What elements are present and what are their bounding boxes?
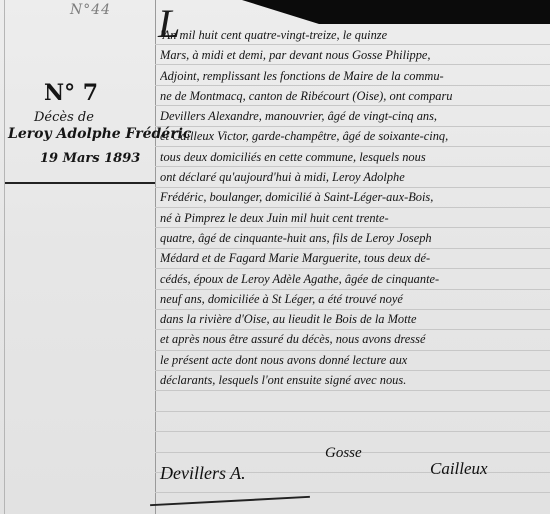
body-line: cédés, époux de Leroy Adèle Agathe, âgée…	[160, 269, 545, 289]
acte-number: N° 7	[44, 80, 98, 106]
margin-underline	[5, 182, 155, 184]
signature-block: Devillers A. Gosse Cailleux	[150, 445, 550, 505]
body-line: tous deux domiciliés en cette commune, l…	[160, 147, 545, 167]
deces-label: Décès de	[34, 110, 94, 125]
body-line: et Cailleux Victor, garde-champêtre, âgé…	[160, 126, 545, 146]
body-line: Adjoint, remplissant les fonctions de Ma…	[160, 66, 545, 86]
signature-devillers: Devillers A.	[160, 463, 246, 484]
signature-flourish	[150, 496, 310, 506]
folio-number: N°44	[70, 2, 111, 18]
deces-date: 19 Mars 1893	[40, 151, 140, 166]
body-line: et après nous être assuré du décès, nous…	[160, 329, 545, 349]
body-line: ont déclaré qu'aujourd'hui à midi, Leroy…	[160, 167, 545, 187]
body-line: Mars, à midi et demi, par devant nous Go…	[160, 45, 545, 65]
register-page: N°44 N° 7 Décès de Leroy Adolphe Frédéri…	[0, 0, 550, 514]
body-line: le présent acte dont nous avons donné le…	[160, 350, 545, 370]
body-line: Frédéric, boulanger, domicilié à Saint-L…	[160, 187, 545, 207]
signature-cailleux: Cailleux	[430, 459, 488, 479]
body-line: Médard et de Fagard Marie Marguerite, to…	[160, 248, 545, 268]
body-line: déclarants, lesquels l'ont ensuite signé…	[160, 370, 545, 390]
margin-annotation: N°44 N° 7 Décès de Leroy Adolphe Frédéri…	[8, 0, 154, 514]
body-line: né à Pimprez le deux Juin mil huit cent …	[160, 208, 545, 228]
body-line: 'An mil huit cent quatre-vingt-treize, l…	[160, 25, 545, 45]
left-edge-rule	[4, 0, 5, 514]
body-line: quatre, âgé de cinquante-huit ans, fils …	[160, 228, 545, 248]
signature-gosse: Gosse	[325, 445, 362, 462]
record-body: 'An mil huit cent quatre-vingt-treize, l…	[160, 25, 545, 390]
body-line: dans la rivière d'Oise, au lieudit le Bo…	[160, 309, 545, 329]
body-line: Devillers Alexandre, manouvrier, âgé de …	[160, 106, 545, 126]
body-line: ne de Montmacq, canton de Ribécourt (Ois…	[160, 86, 545, 106]
body-line: neuf ans, domiciliée à St Léger, a été t…	[160, 289, 545, 309]
